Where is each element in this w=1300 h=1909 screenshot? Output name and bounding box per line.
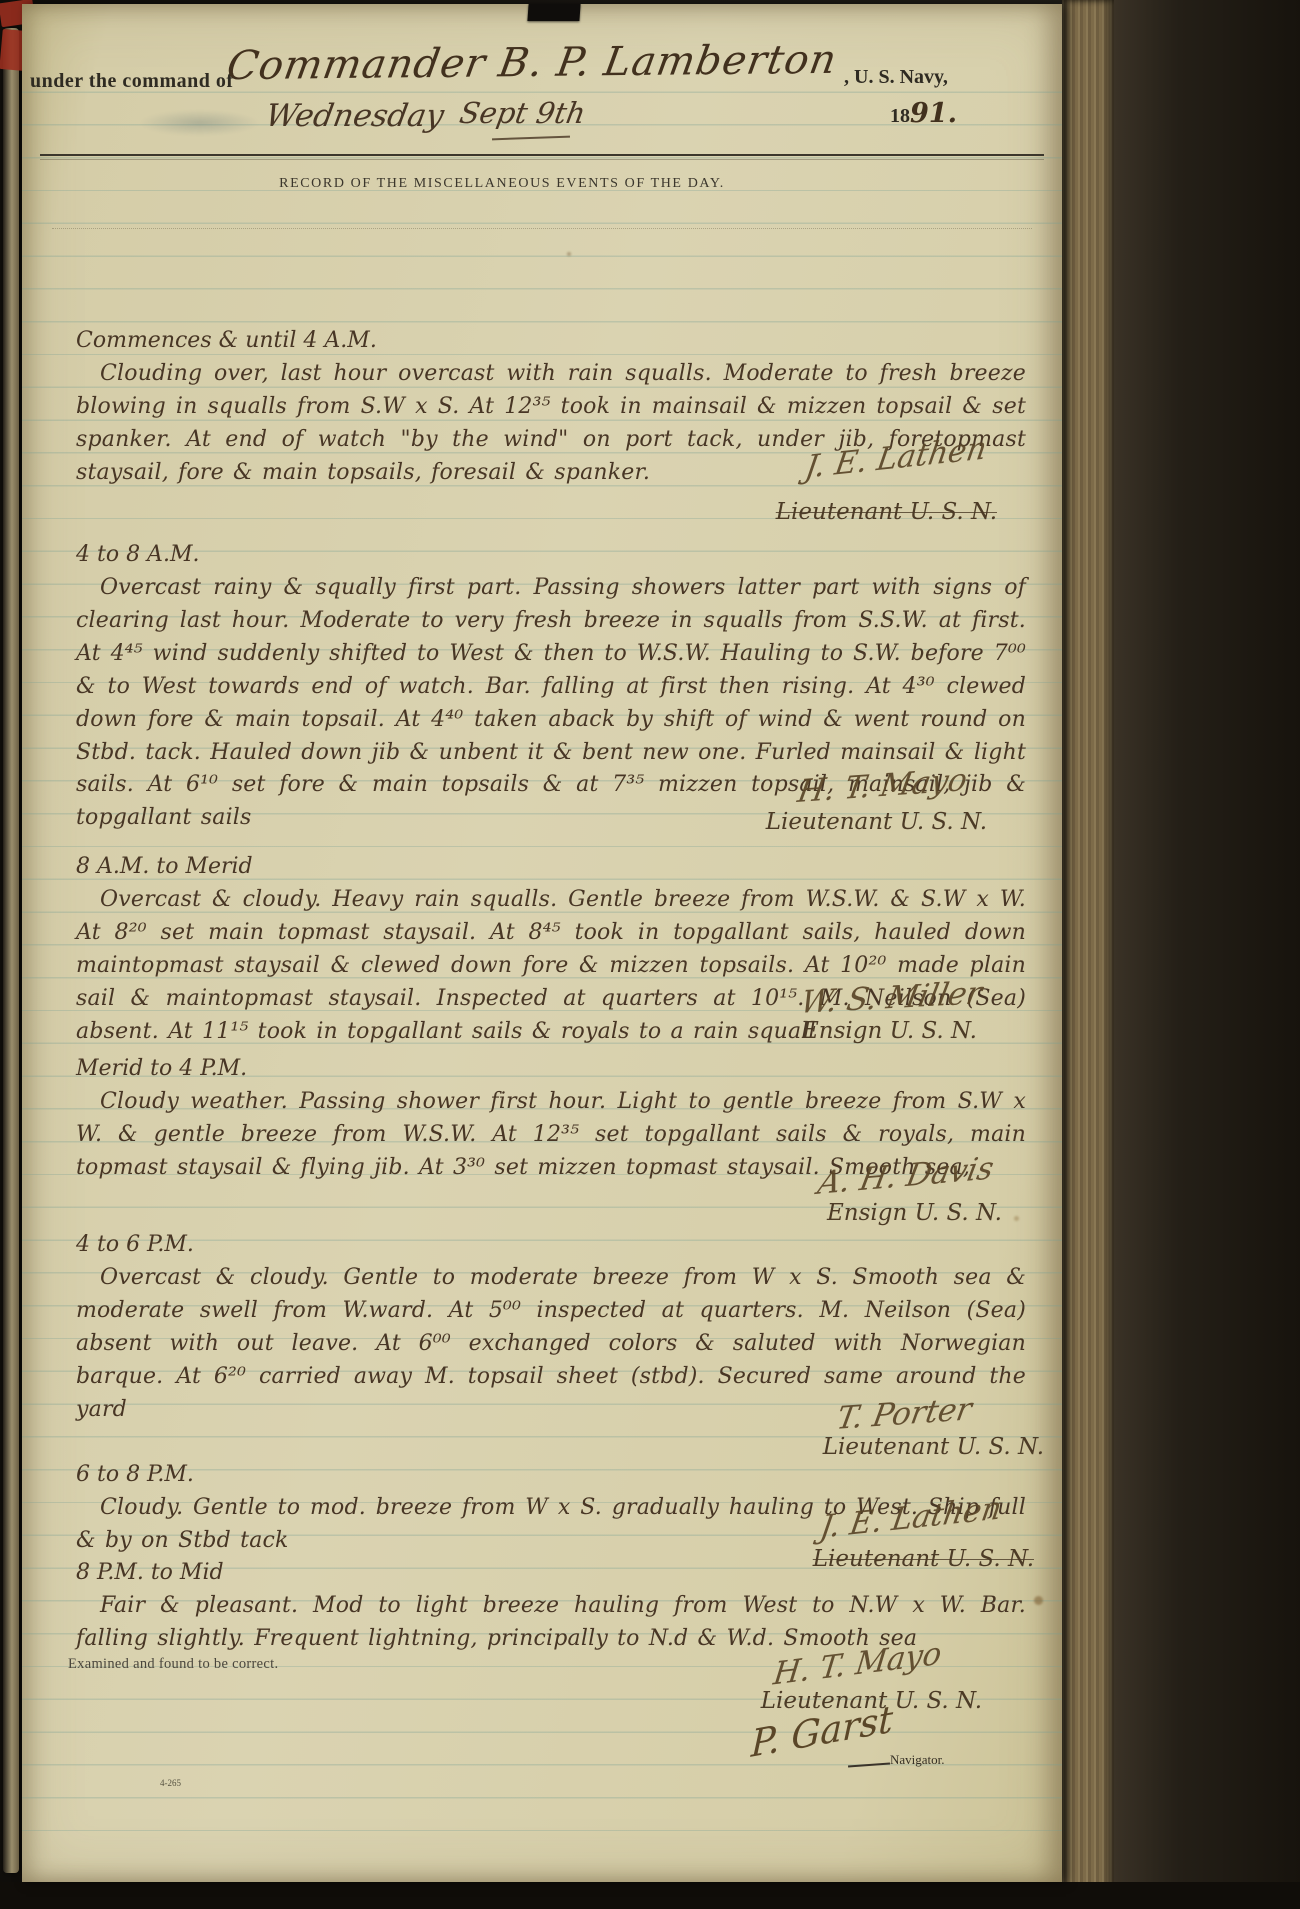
weekday: Wednesday <box>263 98 447 134</box>
logbook-photograph: under the command of Commander B. P. Lam… <box>0 0 1300 1909</box>
form-number: 4-265 <box>160 1778 181 1788</box>
signature-rank: Ensign U. S. N. <box>802 1018 977 1044</box>
logbook-page: under the command of Commander B. P. Lam… <box>22 4 1062 1882</box>
header-rule-thin <box>40 159 1044 160</box>
year-written: 91. <box>910 98 957 129</box>
header-rule <box>40 154 1044 156</box>
entry-heading: 8 A.M. to Merid <box>76 850 1026 883</box>
log-entry: 8 P.M. to Mid Fair & pleasant. Mod to li… <box>76 1556 1026 1656</box>
signature-rank: Lieutenant U. S. N. <box>776 499 997 525</box>
ribbon-bookmark <box>527 4 580 21</box>
stain-spot <box>1034 1596 1043 1605</box>
navigator-rule <box>848 1763 890 1767</box>
signature-rank: Lieutenant U. S. N. <box>823 1434 1044 1460</box>
date: Sept 9th <box>457 96 588 130</box>
entry-heading: 4 to 6 P.M. <box>76 1228 1026 1261</box>
smudge-mark <box>140 110 260 136</box>
year-printed: 18 <box>890 105 910 127</box>
commander-name: Commander B. P. Lamberton <box>224 37 841 89</box>
printed-command-prefix: under the command of <box>30 70 234 93</box>
stain-spot <box>567 252 571 256</box>
date-underline <box>492 136 570 141</box>
page-stack-edge <box>1062 0 1114 1895</box>
table-background <box>0 1882 1300 1909</box>
entry-heading: Merid to 4 P.M. <box>76 1052 1026 1085</box>
navigator-title: Navigator. <box>890 1752 945 1768</box>
printed-navy-suffix: , U. S. Navy, <box>844 66 948 89</box>
dotted-rule <box>52 228 1032 229</box>
signature-rank: Ensign U. S. N. <box>827 1200 1002 1226</box>
stain-spot <box>1014 1216 1019 1221</box>
signature-rank: Lieutenant U. S. N. <box>766 809 987 835</box>
entry-heading: 8 P.M. to Mid <box>76 1556 1026 1589</box>
entry-heading: Commences & until 4 A.M. <box>76 324 1026 357</box>
year: 1891. <box>890 98 957 129</box>
book-cover-edge <box>1114 0 1300 1909</box>
entry-heading: 4 to 8 A.M. <box>76 538 1026 571</box>
entry-heading: 6 to 8 P.M. <box>76 1458 1026 1491</box>
torn-page-edge <box>3 28 19 1873</box>
section-title: RECORD OF THE MISCELLANEOUS EVENTS OF TH… <box>22 176 982 192</box>
examined-note: Examined and found to be correct. <box>68 1656 278 1673</box>
